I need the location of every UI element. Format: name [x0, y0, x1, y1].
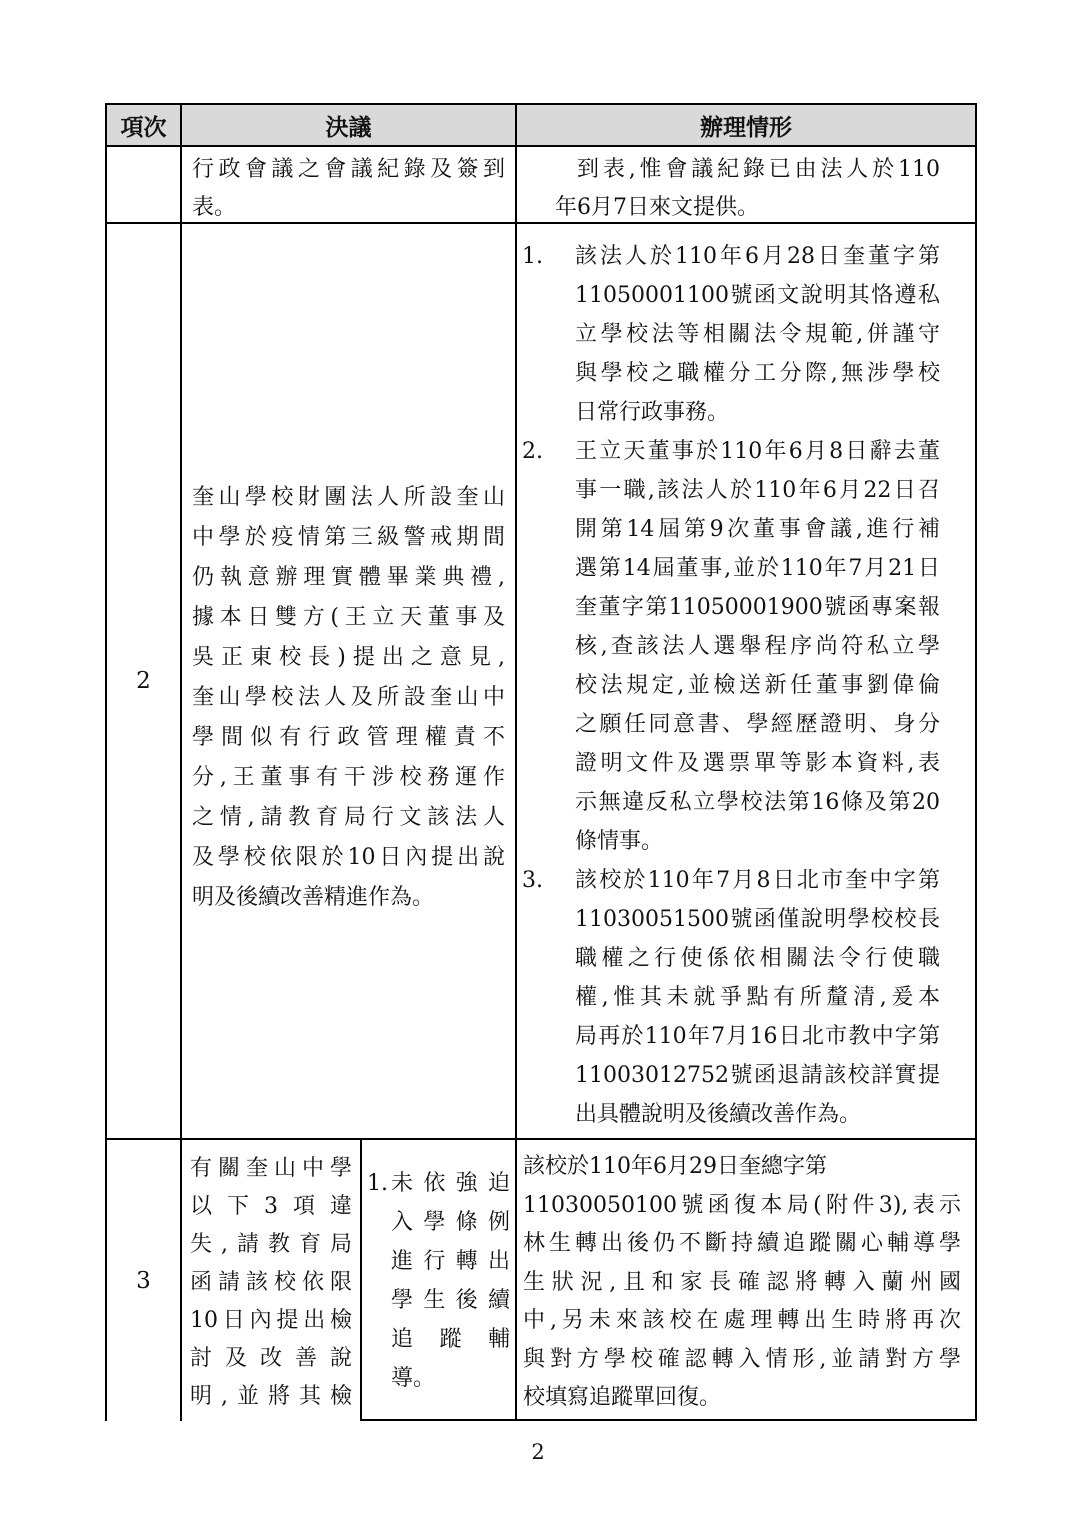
- item-text: 未依強迫 入學條例 進行轉出 學生後續 追蹤輔 導。: [391, 1164, 510, 1398]
- text-line: 職權之行使係依相關法令行使職: [575, 939, 940, 978]
- text-line: 校填寫追蹤單回復。: [523, 1379, 961, 1418]
- text-line: 示無違反私立學校法第16條及第20: [575, 783, 940, 822]
- col-header-item-no: 項次: [107, 105, 182, 147]
- text-line: 事一職,該法人於110年6月22日召: [575, 471, 940, 510]
- text-line: 討及改善說: [190, 1340, 352, 1378]
- text-line: 未依強迫: [391, 1164, 510, 1203]
- text-line: 明,並將其檢: [190, 1378, 352, 1416]
- text-line: 該法人於110年6月28日奎董字第: [575, 237, 940, 276]
- row3-resolution-cell: 有關奎山中學 以下3項違 失,請教育局 函請該校依限 10日內提出檢 討及改善說…: [182, 1140, 517, 1421]
- text-line: 與對方學校確認轉入情形,並請對方學: [523, 1341, 961, 1380]
- item-text: 該校於110年7月8日北市奎中字第 11030051500號函僅說明學校校長 職…: [575, 861, 940, 1134]
- col-header-resolution: 決議: [182, 105, 517, 147]
- text-line: 奎董字第11050001900號函專案報: [575, 588, 940, 627]
- row3-resolution-sub-cell: 1. 未依強迫 入學條例 進行轉出 學生後續 追蹤輔 導。: [362, 1140, 515, 1421]
- text-line: 該校於110年6月29日奎總字第: [523, 1148, 961, 1187]
- text-line: 王立天董事於110年6月8日辭去董: [575, 432, 940, 471]
- text-line: 11030051500號函僅說明學校校長: [575, 900, 940, 939]
- text-line: 進行轉出: [391, 1242, 510, 1281]
- text-line: 條情事。: [575, 822, 940, 861]
- text-line: 生狀況,且和家長確認將轉入蘭州國: [523, 1264, 961, 1303]
- text-line: 該校於110年7月8日北市奎中字第: [575, 861, 940, 900]
- row3-handling-cell: 該校於110年6月29日奎總字第 11030050100號函復本局(附件3),表…: [517, 1140, 977, 1421]
- row2-item-no-cell: 2: [107, 224, 182, 1140]
- document-page: 項次 決議 辦理情形 行政會議之會議紀錄及簽到 表。 到表,惟會議紀錄已由法人於…: [0, 0, 1076, 1522]
- text-line: 有關奎山中學: [190, 1150, 352, 1188]
- text-line: 學間似有行政管理權責不: [192, 718, 505, 758]
- text-line: 學生後續: [391, 1281, 510, 1320]
- resolution-table: 項次 決議 辦理情形 行政會議之會議紀錄及簽到 表。 到表,惟會議紀錄已由法人於…: [105, 103, 977, 1421]
- text-line: 與學校之職權分工分際,無涉學校: [575, 354, 940, 393]
- item-number: 2.: [517, 432, 575, 471]
- col-header-handling: 辦理情形: [517, 105, 977, 147]
- row3-item-no-cell: 3: [107, 1140, 182, 1421]
- row2-resolution-cell: 奎山學校財團法人所設奎山 中學於疫情第三級警戒期間 仍執意辦理實體畢業典禮, 據…: [182, 224, 517, 1140]
- text-line: 明及後續改善精進作為。: [192, 878, 505, 918]
- text-line: 據本日雙方(王立天董事及: [192, 598, 505, 638]
- row1-item-no-cell: [107, 147, 182, 224]
- text-line: 以下3項違: [190, 1188, 352, 1226]
- text-line: 中,另未來該校在處理轉出生時將再次: [523, 1302, 961, 1341]
- item-text: 王立天董事於110年6月8日辭去董 事一職,該法人於110年6月22日召 開第1…: [575, 432, 940, 861]
- text-line: 10日內提出檢: [190, 1302, 352, 1340]
- text-line: 追蹤輔: [391, 1320, 510, 1359]
- item-text: 該法人於110年6月28日奎董字第 11050001100號函文說明其恪遵私 立…: [575, 237, 940, 432]
- text-line: 失,請教育局: [190, 1226, 352, 1264]
- text-line: 選第14屆董事,並於110年7月21日: [575, 549, 940, 588]
- text-line: 仍執意辦理實體畢業典禮,: [192, 558, 505, 598]
- text-line: 出具體說明及後續改善作為。: [575, 1095, 940, 1134]
- text-line: 吳正東校長)提出之意見,: [192, 638, 505, 678]
- text-line: 局再於110年7月16日北市教中字第: [575, 1017, 940, 1056]
- item-number: 1.: [365, 1164, 391, 1203]
- text-line: 11050001100號函文說明其恪遵私: [575, 276, 940, 315]
- row2-handling-cell: 1. 該法人於110年6月28日奎董字第 11050001100號函文說明其恪遵…: [517, 224, 977, 1140]
- row3-resolution-main: 有關奎山中學 以下3項違 失,請教育局 函請該校依限 10日內提出檢 討及改善說…: [182, 1140, 362, 1421]
- row1-handling-cell: 到表,惟會議紀錄已由法人於110 年6月7日來文提供。: [517, 147, 977, 224]
- handling-item-3: 3. 該校於110年7月8日北市奎中字第 11030051500號函僅說明學校校…: [517, 861, 940, 1134]
- text-line: 奎山學校法人及所設奎山中: [192, 678, 505, 718]
- row1-resolution-cell: 行政會議之會議紀錄及簽到 表。: [182, 147, 517, 224]
- page-number: 2: [0, 1440, 1076, 1464]
- text-line: 權,惟其未就爭點有所釐清,爰本: [575, 978, 940, 1017]
- text-line: 年6月7日來文提供。: [555, 189, 940, 224]
- text-line: 11030050100號函復本局(附件3),表示: [523, 1187, 961, 1226]
- text-line: 開第14屆第9次董事會議,進行補: [575, 510, 940, 549]
- text-line: 之願任同意書、學經歷證明、身分: [575, 705, 940, 744]
- text-line: 分,王董事有干涉校務運作: [192, 758, 505, 798]
- handling-item-2: 2. 王立天董事於110年6月8日辭去董 事一職,該法人於110年6月22日召 …: [517, 432, 940, 861]
- text-line: 證明文件及選票單等影本資料,表: [575, 744, 940, 783]
- text-line: 導。: [391, 1359, 510, 1398]
- violation-item-1: 1. 未依強迫 入學條例 進行轉出 學生後續 追蹤輔 導。: [365, 1164, 510, 1398]
- text-line: 函請該校依限: [190, 1264, 352, 1302]
- text-line: 日常行政事務。: [575, 393, 940, 432]
- item-number: 1.: [517, 237, 575, 276]
- text-line: 立學校法等相關法令規範,併謹守: [575, 315, 940, 354]
- text-line: 林生轉出後仍不斷持續追蹤關心輔導學: [523, 1225, 961, 1264]
- text-line: 奎山學校財團法人所設奎山: [192, 478, 505, 518]
- text-line: 到表,惟會議紀錄已由法人於110: [577, 151, 940, 189]
- text-line: 行政會議之會議紀錄及簽到: [192, 151, 505, 189]
- item-number: 3.: [517, 861, 575, 900]
- text-line: 中學於疫情第三級警戒期間: [192, 518, 505, 558]
- handling-item-1: 1. 該法人於110年6月28日奎董字第 11050001100號函文說明其恪遵…: [517, 237, 940, 432]
- text-line: 11003012752號函退請該校詳實提: [575, 1056, 940, 1095]
- text-line: 校法規定,並檢送新任董事劉偉倫: [575, 666, 940, 705]
- text-line: 表。: [192, 189, 505, 224]
- text-line: 之情,請教育局行文該法人: [192, 798, 505, 838]
- text-line: 入學條例: [391, 1203, 510, 1242]
- text-line: 及學校依限於10日內提出說: [192, 838, 505, 878]
- text-line: 核,查該法人選舉程序尚符私立學: [575, 627, 940, 666]
